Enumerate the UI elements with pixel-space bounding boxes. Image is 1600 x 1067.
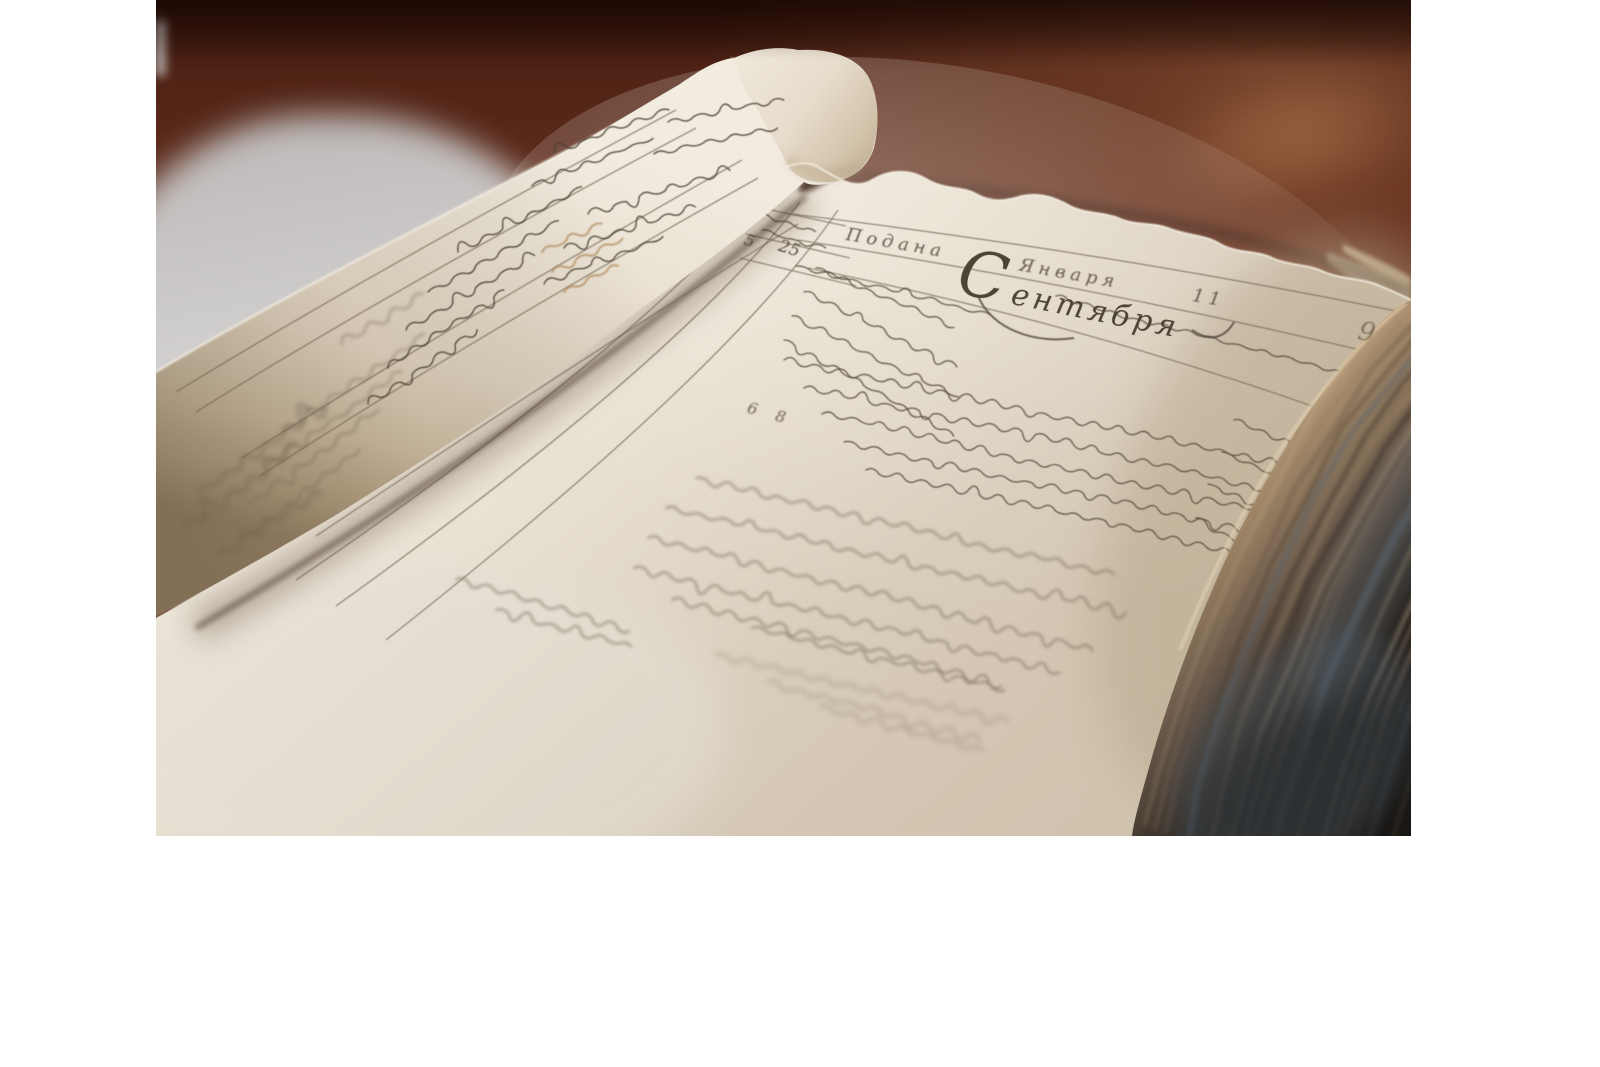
page-canvas: { "scene": { "description": "Close-up ph… [0, 0, 1600, 1067]
book-photo: Подана Января 11 Сентября 5 25 6 8 9 [156, 0, 1411, 836]
